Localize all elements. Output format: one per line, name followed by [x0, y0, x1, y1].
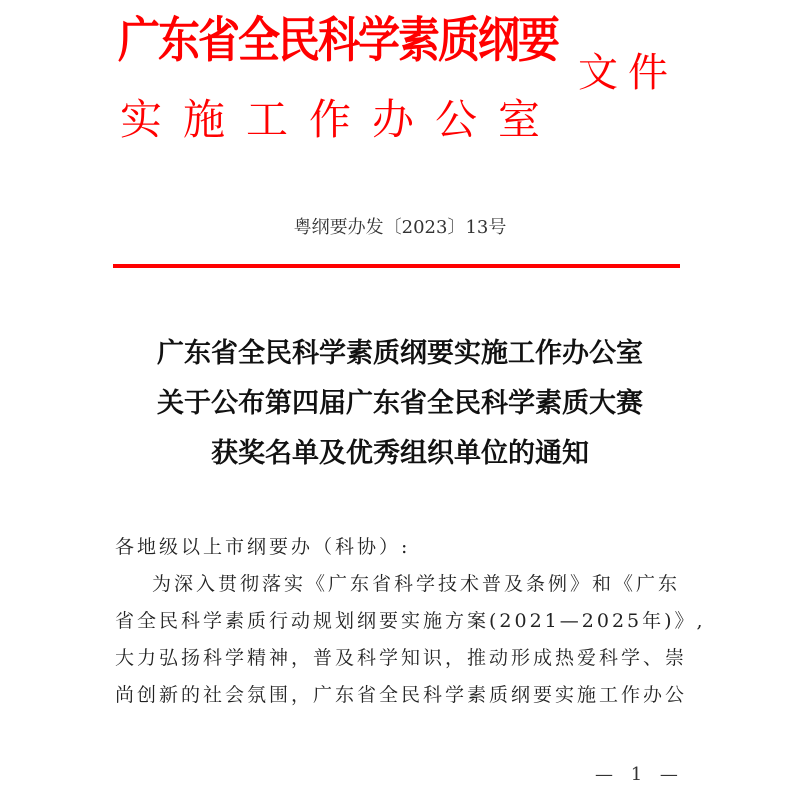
body-line-1: 为深入贯彻落实《广东省科学技术普及条例》和《广东 — [152, 569, 680, 599]
body-line-3: 大力弘扬科学精神，普及科学知识，推动形成热爱科学、崇 — [115, 643, 687, 673]
issuing-organization-line2: 实施工作办公室 — [120, 92, 561, 148]
issuing-organization-line1: 广东省全民科学素质纲要 — [118, 8, 558, 72]
notice-title-line2: 关于公布第四届广东省全民科学素质大赛 — [0, 384, 800, 424]
document-number: 粤纲要办发〔2023〕13号 — [0, 214, 800, 242]
body-line-4: 尚创新的社会氛围，广东省全民科学素质纲要实施工作办公 — [115, 680, 687, 710]
salutation: 各地级以上市纲要办（科协）: — [115, 532, 410, 562]
body-line-2: 省全民科学素质行动规划纲要实施方案(2021—2025年)》, — [115, 606, 706, 636]
notice-title-line1: 广东省全民科学素质纲要实施工作办公室 — [0, 334, 800, 374]
page-number: — 1 — — [595, 763, 684, 787]
notice-title-line3: 获奖名单及优秀组织单位的通知 — [0, 434, 800, 474]
red-header-rule — [113, 264, 680, 268]
document-type-label: 文件 — [578, 48, 678, 98]
